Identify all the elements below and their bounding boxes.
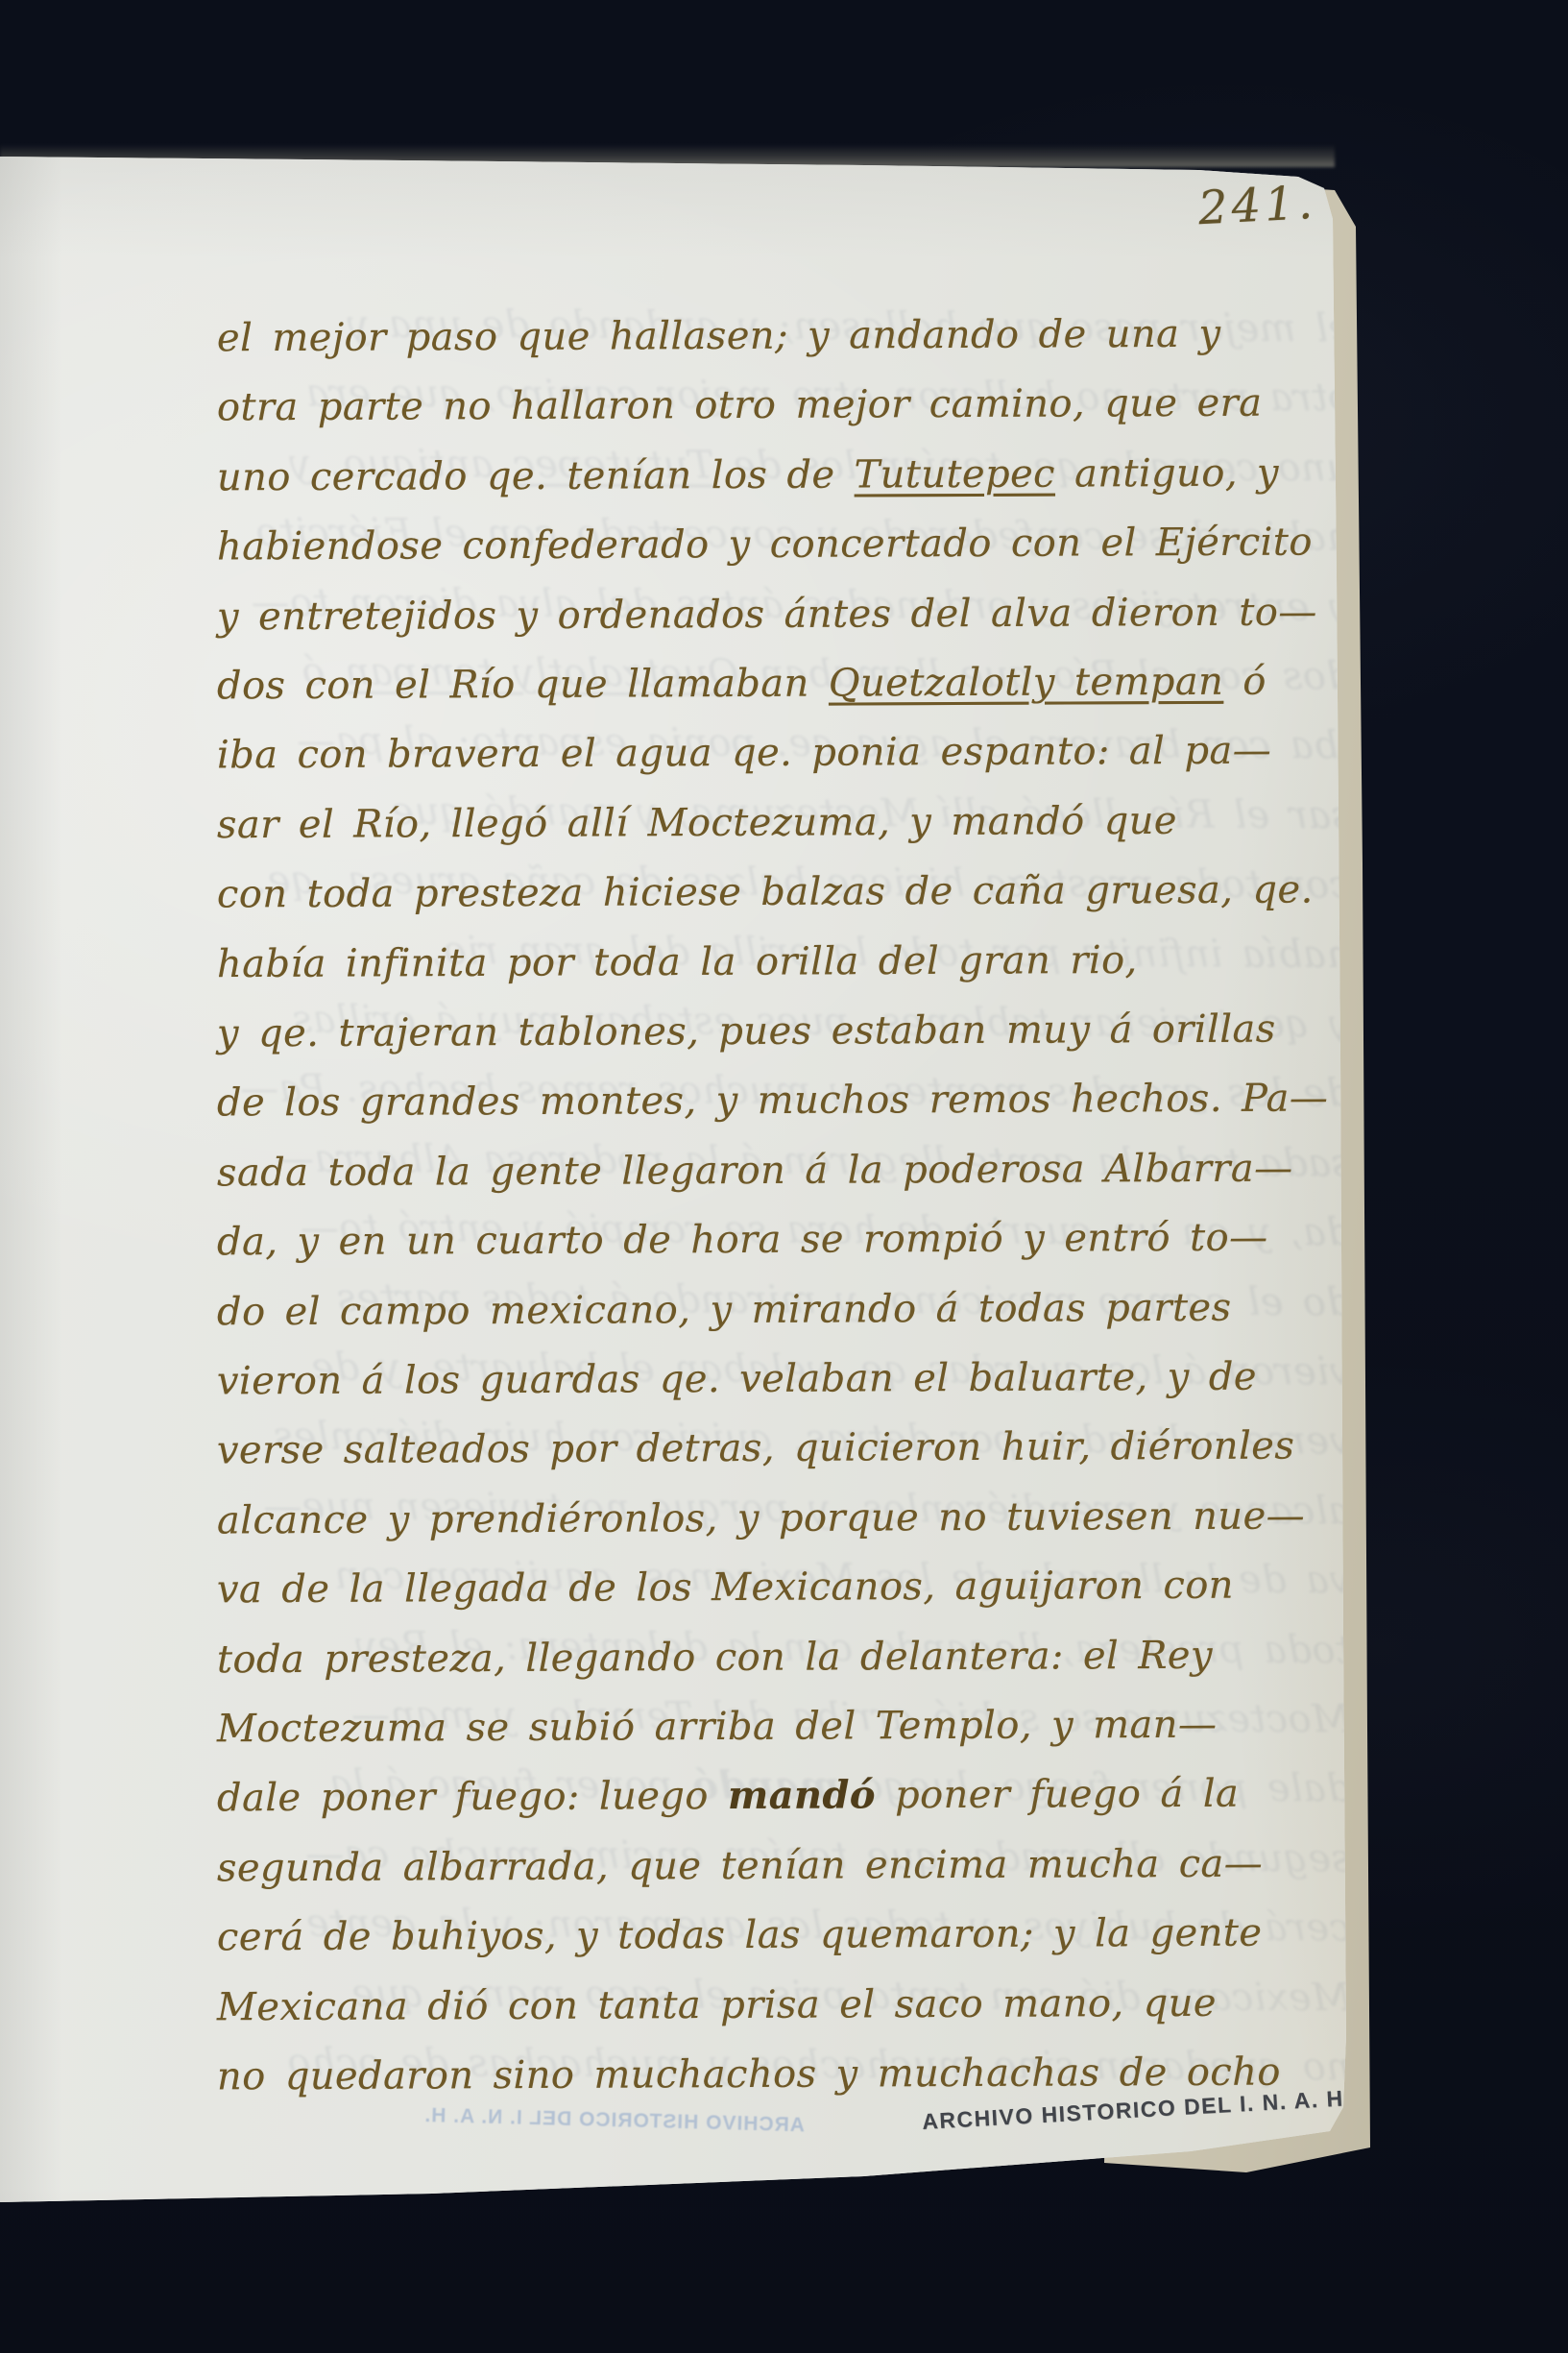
manuscript-line: Moctezuma se subió arriba del Templo, y …	[217, 1694, 1218, 1760]
manuscript-text-segment: do el campo mexicano, y mirando á todas …	[217, 1285, 1232, 1334]
manuscript-text-segment: iba con bravera el agua qe. ponia espant…	[297, 719, 1351, 768]
manuscript-line: habiendose confederado y concertado con …	[255, 502, 1351, 569]
manuscript-text-segment: no quedaron sino muchachos y muchachas d…	[287, 2041, 1351, 2090]
manuscript-line: y qe. trajeran tablones, pues estaban mu…	[292, 989, 1351, 1055]
manuscript-text-segment: Tututepec	[513, 442, 714, 487]
manuscript-text-segment: y entretejidos y ordenados ántes del alv…	[251, 580, 1351, 629]
manuscript-line: y entretejidos y ordenados ántes del alv…	[217, 581, 1317, 647]
manuscript-text-segment: había infinita por toda la orilla del gr…	[217, 938, 1138, 986]
manuscript-text-segment: sada toda la gente llegaron á la poderos…	[275, 1136, 1351, 1185]
manuscript-line: cerá de buhiyos, y todas las quemaron; y…	[217, 1903, 1263, 1969]
manuscript-line: dale poner fuego: luego mandó poner fueg…	[217, 1763, 1240, 1830]
manuscript-text-segment: dos con el Río que llamaban	[739, 652, 1351, 699]
manuscript-line: dale poner fuego: luego mandó poner fueg…	[329, 1754, 1352, 1820]
manuscript-text-segment: alcance y prendiéronlos, y porque no tuv…	[263, 1484, 1351, 1533]
manuscript-text-segment: vieron á los guardas qe. velaban el balu…	[217, 1355, 1257, 1404]
manuscript-line: do el campo mexicano, y mirando á todas …	[217, 1276, 1232, 1343]
manuscript-line: toda presteza, llegando con la delantera…	[217, 1624, 1213, 1690]
manuscript-line: da, y en un cuarto de hora se rompió y e…	[217, 1207, 1268, 1274]
manuscript-line: sada toda la gente llegaron á la poderos…	[275, 1128, 1351, 1194]
manuscript-line: Moctezuma se subió arriba del Templo, y …	[351, 1685, 1352, 1751]
manuscript-line: cerá de buhiyos, y todas las quemaron; y…	[305, 1893, 1351, 1959]
manuscript-text-segment: toda presteza, llegando con la delantera…	[355, 1623, 1351, 1672]
manuscript-line: segunda albarrada, que tenían encima muc…	[217, 1832, 1263, 1899]
manuscript-text-segment: dale poner fuego: luego	[840, 1764, 1351, 1810]
manuscript-line: había infinita por toda la orilla del gr…	[430, 920, 1351, 985]
manuscript-line: alcance y prendiéronlos, y porque no tuv…	[263, 1475, 1351, 1541]
manuscript-line: el mejor paso que hallasen; y andando de…	[217, 303, 1221, 370]
manuscript-text-segment: cerá de buhiyos, y todas las quemaron; y…	[306, 1902, 1352, 1951]
manuscript-line: segunda albarrada, que tenían encima muc…	[305, 1823, 1351, 1889]
manuscript-text-segment: Tututepec	[855, 451, 1056, 497]
manuscript-line: uno cercado qe. tenían los de Tututepec …	[217, 442, 1279, 508]
manuscript-text-segment: iba con bravera el agua qe. ponia espant…	[217, 729, 1271, 778]
manuscript-text-segment: Mexicana dió con tanta prisa el saco man…	[351, 1971, 1351, 2020]
manuscript-line: Mexicana dió con tanta prisa el saco man…	[217, 1972, 1217, 2038]
manuscript-text-segment: con toda presteza hiciese balzas de caña…	[217, 868, 1314, 917]
manuscript-line: con toda presteza hiciese balzas de caña…	[217, 860, 1314, 926]
manuscript-text-segment: ó	[302, 650, 345, 694]
manuscript-text-segment: Moctezuma se subió arriba del Templo, y …	[217, 1703, 1217, 1752]
manuscript-line: va de la llegada de los Mexicanos, aguij…	[334, 1545, 1351, 1612]
manuscript-text-segment: Quetzalotly tempan	[345, 650, 740, 696]
manuscript-text-segment: da, y en un cuarto de hora se rompió y e…	[300, 1206, 1351, 1255]
manuscript-line: Mexicana dió con tanta prisa el saco man…	[351, 1962, 1351, 2028]
manuscript-text-segment: otra parte no hallaron otro mejor camino…	[305, 372, 1351, 421]
manuscript-text-segment: cerá de buhiyos, y todas las quemaron; y…	[217, 1911, 1263, 1960]
manuscript-text-segment: había infinita por toda la orilla del gr…	[430, 929, 1351, 977]
manuscript-text-segment: poner fuego á la	[329, 1762, 693, 1808]
manuscript-text-segment: y entretejidos y ordenados ántes del alv…	[217, 590, 1317, 639]
archive-stamp-bleedthrough: ARCHIVO HISTORICO DEL I. N. A. H.	[411, 2104, 805, 2138]
manuscript-line: otra parte no hallaron otro mejor camino…	[217, 373, 1263, 439]
manuscript-text-segment: habiendose confederado y concertado con …	[255, 511, 1351, 560]
manuscript-text-segment: da, y en un cuarto de hora se rompió y e…	[217, 1216, 1268, 1265]
manuscript-text-segment: vieron á los guardas qe. velaban el balu…	[311, 1346, 1351, 1395]
manuscript-text-segment: toda presteza, llegando con la delantera…	[217, 1633, 1213, 1682]
manuscript-text-segment: mandó	[692, 1763, 840, 1809]
page-number: 241.	[1197, 176, 1318, 235]
manuscript-text-segment: mandó	[728, 1773, 876, 1819]
manuscript-page: el mejor paso que hallasen; y andando de…	[0, 0, 1568, 2353]
manuscript-line: otra parte no hallaron otro mejor camino…	[305, 363, 1351, 429]
manuscript-text-segment: y qe. trajeran tablones, pues estaban mu…	[217, 1007, 1276, 1056]
manuscript-line: vieron á los guardas qe. velaban el balu…	[217, 1346, 1257, 1413]
manuscript-text-segment: Quetzalotly tempan	[829, 660, 1224, 706]
manuscript-text-segment: el mejor paso que hallasen; y andando de…	[347, 303, 1351, 352]
manuscript-line: va de la llegada de los Mexicanos, aguij…	[217, 1555, 1234, 1621]
manuscript-text-segment: uno cercado qe. tenían los de	[217, 452, 855, 499]
manuscript-text-segment: de los grandes montes, y muchos remos he…	[240, 1067, 1351, 1116]
manuscript-line: iba con bravera el agua qe. ponia espant…	[297, 711, 1351, 777]
manuscript-text-segment: Mexicana dió con tanta prisa el saco man…	[217, 1980, 1217, 2029]
manuscript-text-segment: habiendose confederado y concertado con …	[217, 521, 1313, 570]
manuscript-text-segment: ó	[1223, 660, 1266, 704]
manuscript-line: dos con el Río que llamaban Quetzalotly …	[302, 642, 1351, 708]
archive-stamp: ARCHIVO HISTORICO DEL I. N. A. H.	[922, 2090, 1268, 2135]
manuscript-line: iba con bravera el agua qe. ponia espant…	[217, 720, 1271, 787]
manuscript-text-segment: segunda albarrada, que tenían encima muc…	[305, 1831, 1351, 1880]
manuscript-line: habiendose confederado y concertado con …	[217, 512, 1313, 578]
manuscript-line: uno cercado qe. tenían los de Tututepec …	[289, 432, 1351, 498]
manuscript-text-segment: verse salteados por detras, quicieron hu…	[217, 1424, 1294, 1473]
manuscript-text-segment: con toda presteza hiciese balzas de caña…	[254, 859, 1351, 908]
manuscript-text-segment: va de la llegada de los Mexicanos, aguij…	[217, 1564, 1234, 1613]
manuscript-text-segment: dale poner fuego: luego	[217, 1774, 728, 1820]
manuscript-line: de los grandes montes, y muchos remos he…	[217, 1068, 1328, 1134]
manuscript-text-segment: no quedaron sino muchachos y muchachas d…	[217, 2050, 1281, 2099]
manuscript-line: toda presteza, llegando con la delantera…	[355, 1614, 1351, 1681]
manuscript-text-segment: sada toda la gente llegaron á la poderos…	[217, 1146, 1293, 1195]
manuscript-text-segment: segunda albarrada, que tenían encima muc…	[217, 1841, 1263, 1890]
photographed-archive-background: el mejor paso que hallasen; y andando de…	[0, 0, 1568, 2353]
manuscript-text-segment: y qe. trajeran tablones, pues estaban mu…	[292, 998, 1351, 1047]
manuscript-line: no quedaron sino muchachos y muchachas d…	[287, 2032, 1351, 2098]
manuscript-text-segment: uno cercado qe. tenían los de	[713, 443, 1351, 490]
manuscript-line: sada toda la gente llegaron á la poderos…	[217, 1137, 1293, 1203]
manuscript-text-segment: sar el Río, llegó allí Moctezuma, y mand…	[217, 799, 1177, 847]
manuscript-text-segment: sar el Río, llegó allí Moctezuma, y mand…	[391, 789, 1351, 837]
manuscript-text-segment: do el campo mexicano, y mirando á todas …	[336, 1275, 1351, 1324]
manuscript-line: y qe. trajeran tablones, pues estaban mu…	[217, 999, 1276, 1065]
manuscript-text-segment: va de la llegada de los Mexicanos, aguij…	[334, 1554, 1351, 1603]
manuscript-text: el mejor paso que hallasen; y andando de…	[0, 0, 1568, 2353]
manuscript-text-segment: dos con el Río que llamaban	[217, 662, 829, 709]
manuscript-line: y entretejidos y ordenados ántes del alv…	[251, 571, 1351, 638]
manuscript-text-segment: el mejor paso que hallasen; y andando de…	[217, 312, 1221, 361]
manuscript-line: de los grandes montes, y muchos remos he…	[240, 1058, 1351, 1125]
manuscript-line: verse salteados por detras, quicieron hu…	[274, 1406, 1351, 1472]
manuscript-line: vieron á los guardas qe. velaban el balu…	[311, 1337, 1351, 1403]
manuscript-line: sar el Río, llegó allí Moctezuma, y mand…	[217, 790, 1177, 856]
manuscript-line: dos con el Río que llamaban Quetzalotly …	[217, 651, 1266, 717]
manuscript-line: había infinita por toda la orilla del gr…	[217, 930, 1138, 995]
manuscript-line: no quedaron sino muchachos y muchachas d…	[217, 2042, 1281, 2108]
manuscript-text-segment: Moctezuma se subió arriba del Templo, y …	[351, 1693, 1351, 1742]
manuscript-text-segment: de los grandes montes, y muchos remos he…	[217, 1077, 1328, 1126]
manuscript-text-segment: antiguo, y	[1055, 450, 1279, 496]
manuscript-line: el mejor paso que hallasen; y andando de…	[347, 294, 1351, 360]
manuscript-line: alcance y prendiéronlos, y porque no tuv…	[217, 1485, 1305, 1551]
bleedthrough-text-layer: el mejor paso que hallasen; y andando de…	[0, 0, 1568, 2343]
manuscript-line: da, y en un cuarto de hora se rompió y e…	[300, 1198, 1351, 1264]
manuscript-text-segment: alcance y prendiéronlos, y porque no tuv…	[217, 1493, 1305, 1542]
manuscript-text-segment: verse salteados por detras, quicieron hu…	[274, 1415, 1351, 1464]
manuscript-line: sar el Río, llegó allí Moctezuma, y mand…	[391, 781, 1351, 846]
manuscript-text-segment: poner fuego á la	[876, 1772, 1240, 1818]
manuscript-text-segment: antiguo, y	[289, 441, 513, 486]
manuscript-text-segment: otra parte no hallaron otro mejor camino…	[217, 381, 1263, 430]
manuscript-line: con toda presteza hiciese balzas de caña…	[254, 850, 1351, 916]
manuscript-line: verse salteados por detras, quicieron hu…	[217, 1416, 1294, 1482]
manuscript-line: do el campo mexicano, y mirando á todas …	[336, 1267, 1351, 1333]
